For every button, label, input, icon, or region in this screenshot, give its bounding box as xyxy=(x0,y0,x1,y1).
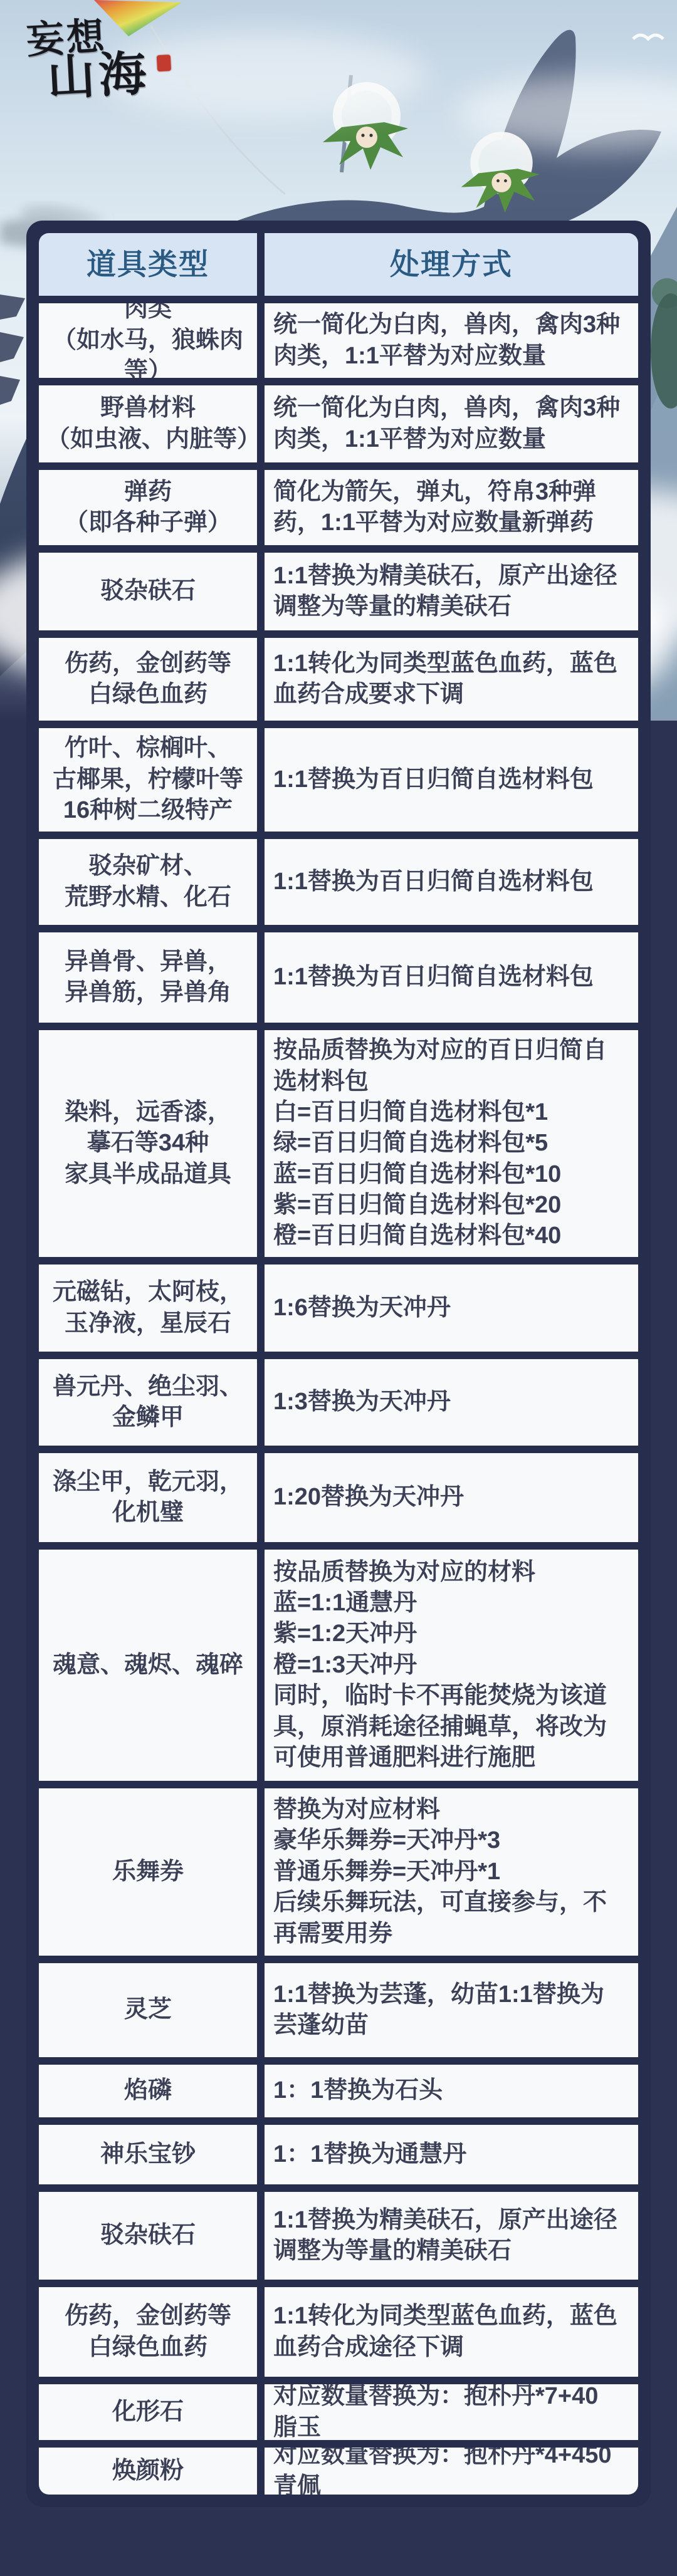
method-cell: 1:20替换为天冲丹 xyxy=(265,1453,638,1542)
item-conversion-table: 道具类型 处理方式 肉类 （如水马，狼蛛肉等） 统一简化为白肉，兽肉，禽肉3种肉… xyxy=(26,221,651,2507)
method-cell: 1:1替换为精美砆石，原产出途径调整为等量的精美砆石 xyxy=(265,2192,638,2280)
item-type-cell: 驳杂砆石 xyxy=(39,553,257,630)
method-cell: 1:1替换为芸蓬，幼苗1:1替换为芸蓬幼苗 xyxy=(265,1963,638,2057)
method-cell: 按品质替换为对应的百日归简自选材料包 白=百日归简自选材料包*1 绿=百日归简自… xyxy=(265,1030,638,1257)
item-type-cell: 乐舞券 xyxy=(39,1788,257,1956)
method-cell: 1:1替换为百日归简自选材料包 xyxy=(265,839,638,925)
method-cell: 1:1替换为百日归简自选材料包 xyxy=(265,932,638,1023)
method-cell: 1:1替换为精美砆石，原产出途径调整为等量的精美砆石 xyxy=(265,553,638,630)
logo-seal-icon xyxy=(157,55,171,71)
item-type-cell: 竹叶、棕榈叶、 古椰果，柠檬叶等 16种树二级特产 xyxy=(39,728,257,832)
item-type-cell: 弹药 （即各种子弹） xyxy=(39,470,257,545)
item-type-cell: 异兽骨、异兽， 异兽筋，异兽角 xyxy=(39,932,257,1023)
method-cell: 1:3替换为天冲丹 xyxy=(265,1359,638,1446)
item-type-cell: 伤药，金创药等 白绿色血药 xyxy=(39,2287,257,2377)
method-cell: 替换为对应材料 豪华乐舞券=天冲丹*3 普通乐舞券=天冲丹*1 后续乐舞玩法，可… xyxy=(265,1788,638,1956)
method-cell: 1:1转化为同类型蓝色血药，蓝色血药合成途径下调 xyxy=(265,2287,638,2377)
method-cell: 统一简化为白肉，兽肉，禽肉3种肉类，1:1平替为对应数量 xyxy=(265,385,638,462)
method-cell: 按品质替换为对应的材料 蓝=1:1通慧丹 紫=1:2天冲丹 橙=1:3天冲丹 同… xyxy=(265,1550,638,1781)
item-type-cell: 染料，远香漆， 摹石等34种 家具半成品道具 xyxy=(39,1030,257,1257)
item-type-cell: 神乐宝钞 xyxy=(39,2125,257,2184)
item-type-cell: 化形石 xyxy=(39,2384,257,2440)
item-type-cell: 伤药，金创药等 白绿色血药 xyxy=(39,638,257,721)
method-cell: 简化为箭矢，弹丸，符帛3种弹药，1:1平替为对应数量新弹药 xyxy=(265,470,638,545)
promo-infographic: { "logo": { "line1": "妄想", "line2": "山海"… xyxy=(0,0,677,2576)
item-type-cell: 灵芝 xyxy=(39,1963,257,2057)
item-type-cell: 驳杂矿材、 荒野水精、化石 xyxy=(39,839,257,925)
logo-line2: 山海 xyxy=(46,50,152,102)
item-type-cell: 焰磷 xyxy=(39,2065,257,2117)
item-type-cell: 魂意、魂烬、魂碎 xyxy=(39,1550,257,1781)
column-header-method: 处理方式 xyxy=(265,233,638,296)
method-cell: 1:6替换为天冲丹 xyxy=(265,1265,638,1352)
method-cell: 1:1转化为同类型蓝色血药，蓝色血药合成要求下调 xyxy=(265,638,638,721)
item-type-cell: 野兽材料 （如虫液、内脏等） xyxy=(39,385,257,462)
column-header-item-type: 道具类型 xyxy=(39,233,257,296)
method-cell: 对应数量替换为：抱朴丹*7+40脂玉 xyxy=(265,2384,638,2440)
game-logo: 妄想 山海 xyxy=(26,16,152,103)
item-type-cell: 肉类 （如水马，狼蛛肉等） xyxy=(39,303,257,378)
item-type-cell: 涤尘甲，乾元羽， 化机璧 xyxy=(39,1453,257,1542)
method-cell: 1：1替换为通慧丹 xyxy=(265,2125,638,2184)
method-cell: 统一简化为白肉，兽肉，禽肉3种肉类，1:1平替为对应数量 xyxy=(265,303,638,378)
method-cell: 1:1替换为百日归简自选材料包 xyxy=(265,728,638,832)
item-type-cell: 元磁钻，太阿枝， 玉净液，星辰石 xyxy=(39,1265,257,1352)
item-type-cell: 焕颜粉 xyxy=(39,2448,257,2495)
method-cell: 1：1替换为石头 xyxy=(265,2065,638,2117)
method-cell: 对应数量替换为：抱朴丹*4+450青佩 xyxy=(265,2448,638,2495)
item-type-cell: 驳杂砆石 xyxy=(39,2192,257,2280)
item-type-cell: 兽元丹、绝尘羽、 金鳞甲 xyxy=(39,1359,257,1446)
